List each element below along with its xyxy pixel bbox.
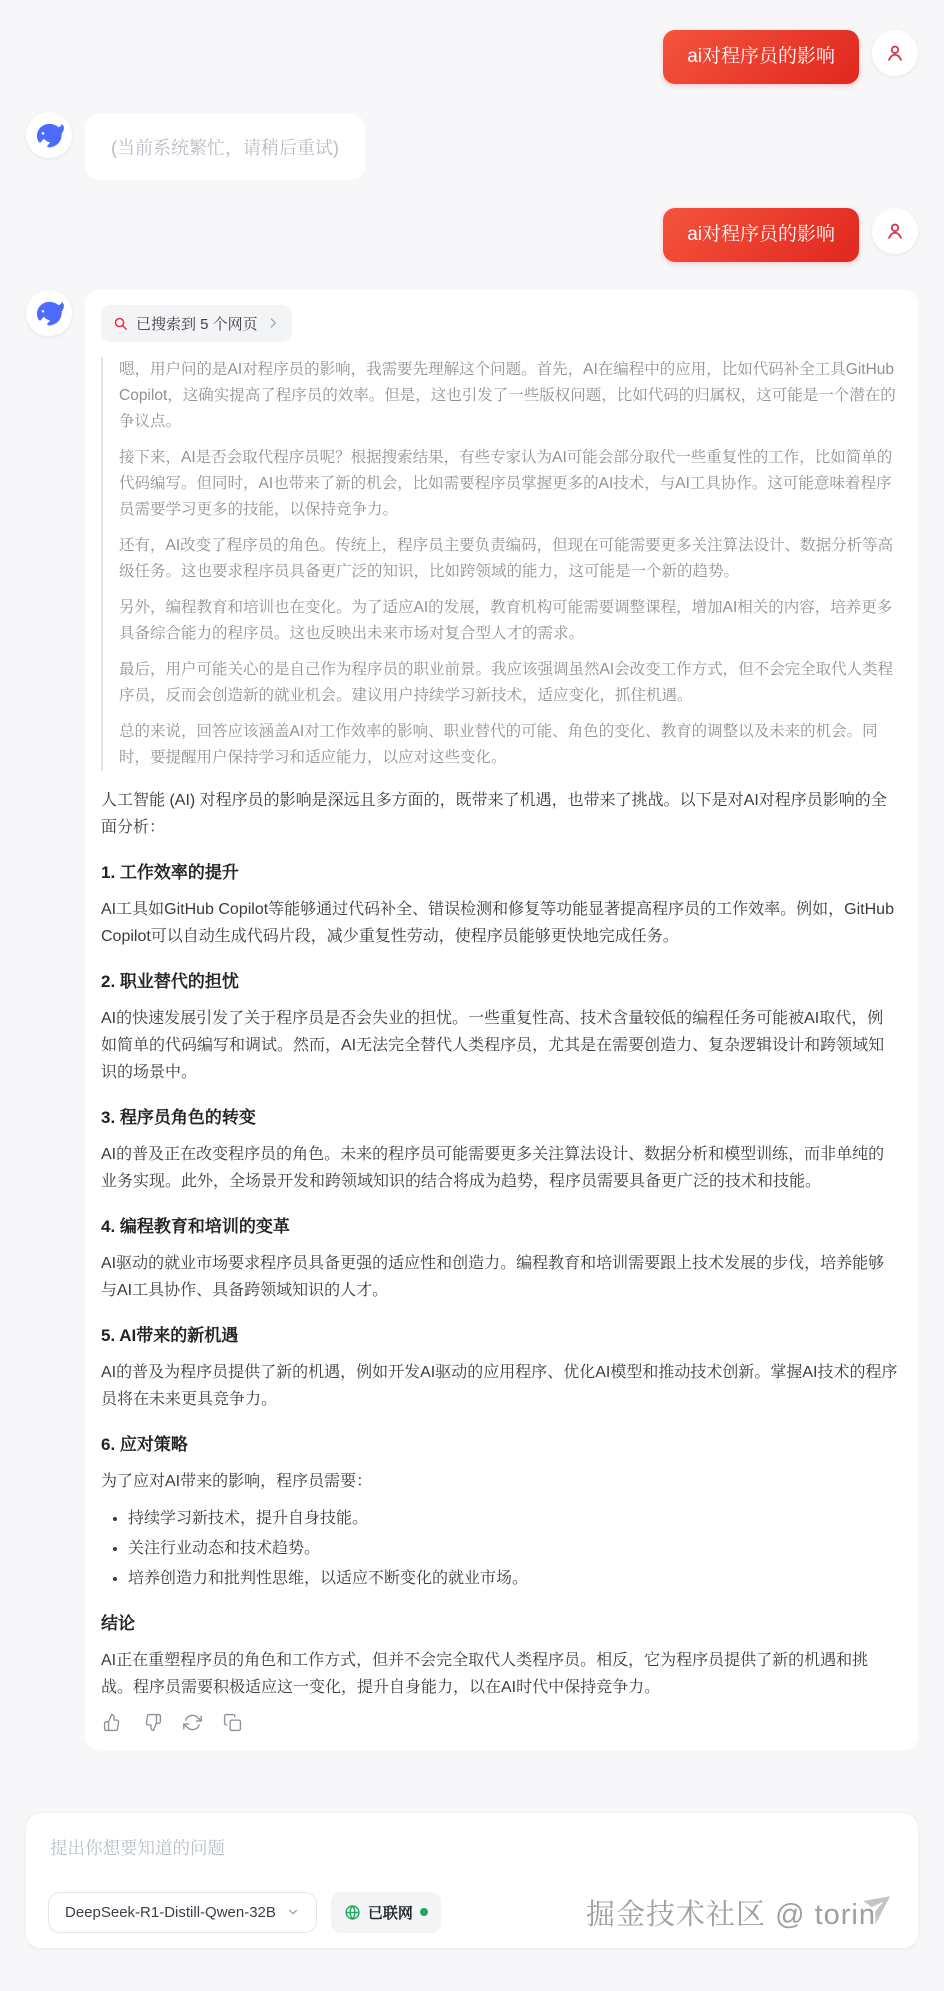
user-message-row-2: ai对程序员的影响 bbox=[0, 208, 944, 262]
section-heading: 3. 程序员角色的转变 bbox=[101, 1104, 898, 1131]
whale-icon bbox=[32, 296, 66, 330]
watermark-text: 掘金技术社区 @ torin bbox=[586, 1892, 876, 1933]
globe-icon bbox=[344, 1904, 361, 1921]
dislike-button[interactable] bbox=[141, 1711, 164, 1734]
like-button[interactable] bbox=[101, 1711, 124, 1734]
reasoning-paragraph: 嗯，用户问的是AI对程序员的影响，我需要先理解这个问题。首先，AI在编程中的应用… bbox=[119, 357, 898, 435]
section-heading: 6. 应对策略 bbox=[101, 1431, 898, 1458]
answer-intro: 人工智能 (AI) 对程序员的影响是深远且多方面的，既带来了机遇，也带来了挑战。… bbox=[101, 787, 898, 841]
regenerate-button[interactable] bbox=[181, 1711, 204, 1734]
section-body: 为了应对AI带来的影响，程序员需要： bbox=[101, 1468, 898, 1495]
thumbs-up-icon bbox=[103, 1720, 122, 1735]
copy-icon bbox=[223, 1720, 242, 1735]
list-item: 培养创造力和批判性思维，以适应不断变化的就业市场。 bbox=[128, 1565, 898, 1592]
reasoning-paragraph: 还有，AI改变了程序员的角色。传统上，程序员主要负责编码，但现在可能需要更多关注… bbox=[119, 533, 898, 585]
assistant-avatar bbox=[26, 112, 72, 158]
section-heading: 5. AI带来的新机遇 bbox=[101, 1322, 898, 1349]
reasoning-section: 嗯，用户问的是AI对程序员的影响，我需要先理解这个问题。首先，AI在编程中的应用… bbox=[101, 357, 898, 771]
composer-toolbar: DeepSeek-R1-Distill-Qwen-32B 已联网 bbox=[48, 1892, 896, 1933]
reasoning-paragraph: 总的来说，回答应该涵盖AI对工作效率的影响、职业替代的可能、角色的变化、教育的调… bbox=[119, 719, 898, 771]
list-item: 持续学习新技术，提升自身技能。 bbox=[128, 1505, 898, 1532]
assistant-avatar bbox=[26, 290, 72, 336]
chat-page: ai对程序员的影响 (当前系统繁忙，请稍后重试) ai对程序员的影响 bbox=[0, 0, 944, 1991]
chevron-down-icon bbox=[286, 1905, 300, 1919]
section-heading: 2. 职业替代的担忧 bbox=[101, 968, 898, 995]
composer: DeepSeek-R1-Distill-Qwen-32B 已联网 bbox=[25, 1812, 919, 1949]
section-heading: 4. 编程教育和培训的变革 bbox=[101, 1213, 898, 1240]
assistant-busy-row: (当前系统繁忙，请稍后重试) bbox=[0, 112, 944, 180]
model-selector[interactable]: DeepSeek-R1-Distill-Qwen-32B bbox=[48, 1892, 317, 1933]
reasoning-paragraph: 另外，编程教育和培训也在变化。为了适应AI的发展，教育机构可能需要调整课程，增加… bbox=[119, 595, 898, 647]
reasoning-paragraph: 最后，用户可能关心的是自己作为程序员的职业前景。我应该强调虽然AI会改变工作方式… bbox=[119, 657, 898, 709]
search-badge-label: 已搜索到 5 个网页 bbox=[136, 313, 258, 334]
answer-section: 人工智能 (AI) 对程序员的影响是深远且多方面的，既带来了机遇，也带来了挑战。… bbox=[101, 787, 898, 1701]
section-body: AI的普及正在改变程序员的角色。未来的程序员可能需要更多关注算法设计、数据分析和… bbox=[101, 1141, 898, 1195]
online-dot bbox=[420, 1908, 428, 1916]
paper-plane-icon bbox=[876, 1902, 896, 1922]
copy-button[interactable] bbox=[221, 1711, 244, 1734]
thumbs-down-icon bbox=[143, 1720, 162, 1735]
section-body: AI驱动的就业市场要求程序员具备更强的适应性和创造力。编程教育和培训需要跟上技术… bbox=[101, 1250, 898, 1304]
section-body: AI工具如GitHub Copilot等能够通过代码补全、错误检测和修复等功能显… bbox=[101, 896, 898, 950]
message-actions bbox=[101, 1711, 898, 1734]
reasoning-paragraph: 接下来，AI是否会取代程序员呢？根据搜索结果，有些专家认为AI可能会部分取代一些… bbox=[119, 445, 898, 523]
chevron-right-icon bbox=[266, 316, 280, 330]
user-message-bubble: ai对程序员的影响 bbox=[663, 208, 859, 262]
assistant-response-card: 已搜索到 5 个网页 嗯，用户问的是AI对程序员的影响，我需要先理解这个问题。首… bbox=[85, 290, 918, 1750]
question-input[interactable] bbox=[48, 1833, 896, 1879]
section-heading: 结论 bbox=[101, 1610, 898, 1637]
assistant-response-row: 已搜索到 5 个网页 嗯，用户问的是AI对程序员的影响，我需要先理解这个问题。首… bbox=[0, 290, 944, 1750]
list-item: 关注行业动态和技术趋势。 bbox=[128, 1535, 898, 1562]
online-badge-label: 已联网 bbox=[368, 1902, 413, 1923]
person-icon bbox=[884, 220, 906, 242]
online-badge[interactable]: 已联网 bbox=[331, 1892, 441, 1933]
user-message-row-1: ai对程序员的影响 bbox=[0, 30, 944, 84]
watermark: 掘金技术社区 @ torin bbox=[586, 1892, 896, 1933]
section-heading: 1. 工作效率的提升 bbox=[101, 859, 898, 886]
model-selector-label: DeepSeek-R1-Distill-Qwen-32B bbox=[65, 1904, 276, 1921]
section-body: AI的快速发展引发了关于程序员是否会失业的担忧。一些重复性高、技术含量较低的编程… bbox=[101, 1005, 898, 1086]
system-busy-message: (当前系统繁忙，请稍后重试) bbox=[85, 114, 365, 180]
section-body: AI正在重塑程序员的角色和工作方式，但并不会完全取代人类程序员。相反，它为程序员… bbox=[101, 1647, 898, 1701]
user-avatar[interactable] bbox=[872, 30, 918, 76]
section-body: AI的普及为程序员提供了新的机遇，例如开发AI驱动的应用程序、优化AI模型和推动… bbox=[101, 1359, 898, 1413]
search-icon bbox=[113, 316, 128, 331]
user-avatar[interactable] bbox=[872, 208, 918, 254]
strategy-list: 持续学习新技术，提升自身技能。 关注行业动态和技术趋势。 培养创造力和批判性思维… bbox=[101, 1505, 898, 1592]
search-results-badge[interactable]: 已搜索到 5 个网页 bbox=[101, 305, 292, 342]
refresh-icon bbox=[183, 1720, 202, 1735]
whale-icon bbox=[32, 118, 66, 152]
user-message-bubble: ai对程序员的影响 bbox=[663, 30, 859, 84]
person-icon bbox=[884, 42, 906, 64]
